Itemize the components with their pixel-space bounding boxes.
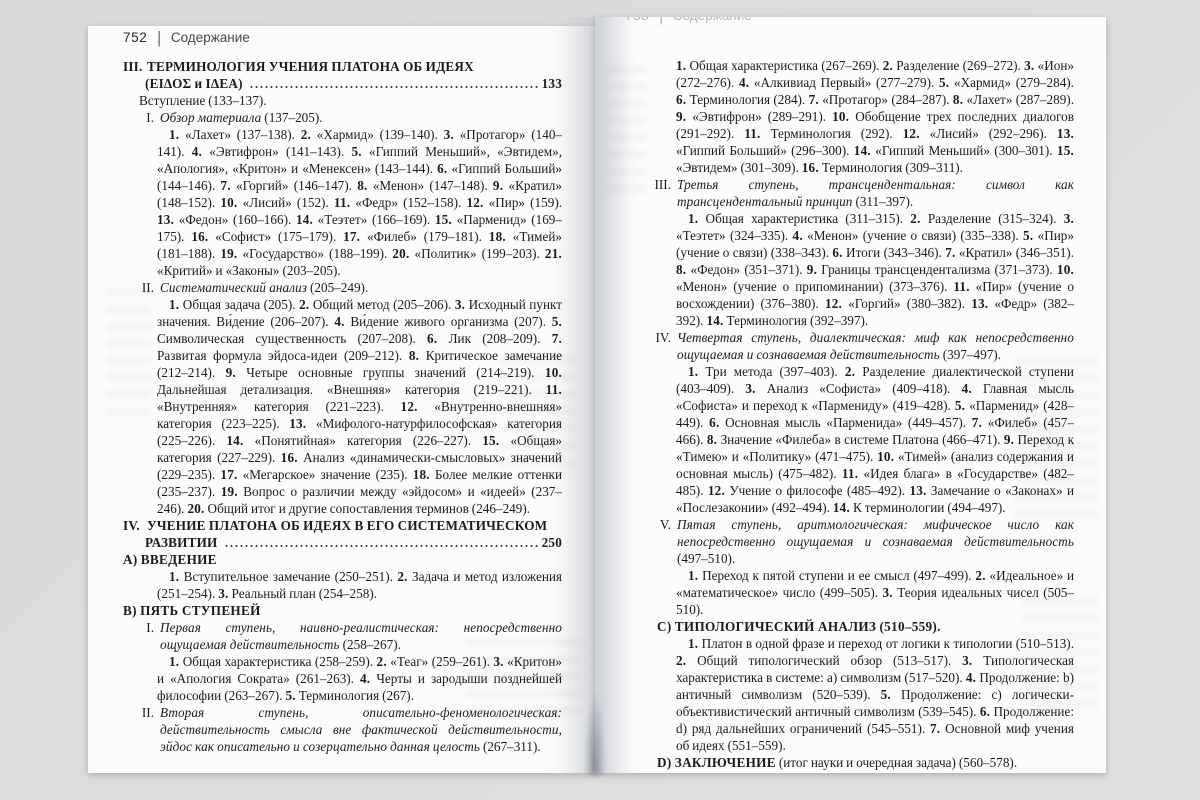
- entry-number: 13.: [289, 416, 306, 431]
- entry-number: 8.: [676, 262, 686, 277]
- bold-heading-text: D) ЗАКЛЮЧЕНИЕ: [657, 755, 776, 770]
- entry-number: 21.: [545, 246, 562, 261]
- italic-section-title: Обзор материала: [160, 110, 261, 125]
- entry-number: 2.: [397, 569, 407, 584]
- entry-number: 1.: [688, 364, 698, 379]
- toc-roman: III.Третья ступень, трансцендентальная: …: [657, 176, 1074, 210]
- entry-number: 9.: [807, 262, 817, 277]
- entry-number: 14.: [296, 212, 313, 227]
- toc-roman: II.Систематический анализ (205–249).: [123, 279, 562, 296]
- entry-number: 9.: [226, 365, 236, 380]
- toc-chapter: III.ТЕРМИНОЛОГИЯ УЧЕНИЯ ПЛАТОНА ОБ ИДЕЯХ: [123, 58, 562, 75]
- italic-section-title: Третья ступень, трансцендентальная: симв…: [677, 177, 1074, 209]
- toc-items: 1. Общая характеристика (311–315). 2. Ра…: [657, 210, 1074, 329]
- entry-number: 11.: [546, 382, 562, 397]
- entry-number: 12.: [903, 126, 920, 141]
- toc-page-number: 250: [542, 534, 562, 551]
- entry-number: 8.: [409, 348, 419, 363]
- entry-number: 3.: [745, 381, 755, 396]
- entry-number: 6.: [980, 704, 990, 719]
- toc-letter: А) ВВЕДЕНИЕ: [123, 551, 562, 568]
- entry-number: 6.: [676, 92, 686, 107]
- entry-number: 8.: [953, 92, 963, 107]
- section-numeral: IV.: [645, 329, 677, 346]
- italic-section-title: Первая ступень, наивно-реалистическая: н…: [160, 620, 562, 652]
- entry-number: 10.: [877, 449, 894, 464]
- toc-roman: IV.Четвертая ступень, диалектическая: ми…: [657, 329, 1074, 363]
- entry-number: 5.: [881, 687, 891, 702]
- entry-number: 18.: [489, 229, 506, 244]
- dot-leader: [224, 545, 538, 547]
- entry-number: 5.: [351, 144, 361, 159]
- entry-number: 6.: [427, 331, 437, 346]
- entry-number: 1.: [169, 297, 179, 312]
- book-page-right: 753 | Содержание 1. Общая характеристика…: [595, 17, 1106, 773]
- entry-number: 1.: [688, 211, 698, 226]
- italic-section-title: Систематический анализ: [160, 280, 307, 295]
- entry-number: 2.: [910, 211, 920, 226]
- entry-number: 2.: [301, 127, 311, 142]
- entry-number: 11.: [744, 126, 760, 141]
- entry-number: 3.: [493, 654, 503, 669]
- entry-number: 5.: [939, 75, 949, 90]
- entry-number: 12.: [466, 195, 483, 210]
- entry-number: 2.: [883, 58, 893, 73]
- entry-number: 2.: [299, 297, 309, 312]
- section-numeral: I.: [128, 619, 160, 636]
- entry-number: 11.: [953, 279, 969, 294]
- toc-items: 1. Вступительное замечание (250–251). 2.…: [123, 568, 562, 602]
- entry-number: 7.: [972, 415, 982, 430]
- toc-chapter-cont: (ΕΙΔΟΣ и ΙΔΕΑ)133: [123, 75, 562, 92]
- italic-section-title: Вторая ступень, описательно-феноменологи…: [160, 705, 562, 754]
- entry-number: 1.: [169, 127, 179, 142]
- entry-number: 1.: [688, 636, 698, 651]
- entry-number: 9.: [1004, 432, 1014, 447]
- italic-section-title: Пятая ступень, аритмологическая: мифичес…: [677, 517, 1074, 549]
- section-numeral: III.: [645, 176, 677, 193]
- entry-number: 16.: [281, 450, 298, 465]
- entry-number: 16.: [191, 229, 208, 244]
- entry-number: 8.: [357, 178, 367, 193]
- entry-number: 3.: [1024, 58, 1034, 73]
- heading-text: (ΕΙΔΟΣ и ΙΔΕΑ): [145, 75, 243, 92]
- entry-number: 2.: [377, 654, 387, 669]
- section-numeral: II.: [128, 279, 160, 296]
- bold-heading-text: В) ПЯТЬ СТУПЕНЕЙ: [123, 603, 261, 618]
- entry-number: 13.: [909, 483, 926, 498]
- running-header-right: 753 | Содержание: [625, 17, 752, 23]
- running-header-left: 752 | Содержание: [123, 30, 250, 45]
- entry-number: 12.: [825, 296, 842, 311]
- entry-number: 4.: [192, 144, 202, 159]
- toc-items: 1. Общая характеристика (267–269). 2. Ра…: [657, 57, 1074, 176]
- entry-number: 4.: [739, 75, 749, 90]
- entry-number: 14.: [854, 143, 871, 158]
- section-numeral: V.: [645, 516, 677, 533]
- entry-number: 2.: [845, 364, 855, 379]
- entry-number: 3.: [218, 586, 228, 601]
- photo-background: 752 | Содержание III.ТЕРМИНОЛОГИЯ УЧЕНИЯ…: [0, 0, 1200, 800]
- entry-number: 4.: [966, 670, 976, 685]
- entry-number: 2.: [975, 568, 985, 583]
- toc-items: 1. Общая характеристика (258–259). 2. «Т…: [123, 653, 562, 704]
- bold-heading-text: C) ТИПОЛОГИЧЕСКИЙ АНАЛИЗ (510–559).: [657, 619, 941, 634]
- entry-number: 1.: [676, 58, 686, 73]
- heading-text: РАЗВИТИИ: [145, 534, 218, 551]
- toc-chapter: IV.УЧЕНИЕ ПЛАТОНА ОБ ИДЕЯХ В ЕГО СИСТЕМА…: [123, 517, 562, 534]
- entry-number: 2.: [676, 653, 686, 668]
- entry-number: 9.: [493, 178, 503, 193]
- entry-number: 18.: [413, 467, 430, 482]
- entry-number: 11.: [842, 466, 858, 481]
- entry-number: 15.: [435, 212, 452, 227]
- section-numeral: II.: [128, 704, 160, 721]
- toc-letter: D) ЗАКЛЮЧЕНИЕ (итог науки и очередная за…: [657, 754, 1074, 771]
- entry-number: 4.: [334, 314, 344, 329]
- page-number: 752: [123, 30, 147, 45]
- entry-number: 15.: [482, 433, 499, 448]
- entry-number: 10.: [1057, 262, 1074, 277]
- header-divider-bar: |: [157, 28, 161, 47]
- entry-number: 6.: [709, 415, 719, 430]
- entry-number: 6.: [437, 161, 447, 176]
- entry-number: 10.: [545, 365, 562, 380]
- header-divider-bar: |: [659, 17, 663, 25]
- header-title: Содержание: [673, 17, 752, 23]
- entry-number: 19.: [220, 246, 237, 261]
- entry-number: 4.: [360, 671, 370, 686]
- toc-content-right: 1. Общая характеристика (267–269). 2. Ра…: [595, 17, 1106, 773]
- page-number: 753: [625, 17, 649, 23]
- entry-number: 1.: [688, 568, 698, 583]
- entry-number: 11.: [334, 195, 350, 210]
- toc-letter: В) ПЯТЬ СТУПЕНЕЙ: [123, 602, 562, 619]
- toc-roman: I.Обзор материала (137–205).: [123, 109, 562, 126]
- entry-number: 17.: [220, 467, 237, 482]
- toc-plain: Вступление (133–137).: [123, 92, 562, 109]
- entry-number: 3.: [444, 127, 454, 142]
- entry-number: 15.: [1057, 143, 1074, 158]
- entry-number: 5.: [285, 688, 295, 703]
- entry-number: 7.: [221, 178, 231, 193]
- entry-number: 4.: [962, 381, 972, 396]
- entry-number: 13.: [1057, 126, 1074, 141]
- entry-number: 5.: [1023, 228, 1033, 243]
- entry-number: 1.: [169, 569, 179, 584]
- italic-section-title: Четвертая ступень, диалектическая: миф к…: [677, 330, 1074, 362]
- entry-number: 9.: [676, 109, 686, 124]
- toc-items: 1. «Лахет» (137–138). 2. «Хармид» (139–1…: [123, 126, 562, 279]
- toc-items: 1. Три метода (397–403). 2. Разделение д…: [657, 363, 1074, 516]
- entry-number: 14.: [706, 313, 723, 328]
- toc-items: 1. Общая задача (205). 2. Общий метод (2…: [123, 296, 562, 517]
- toc-letter: C) ТИПОЛОГИЧЕСКИЙ АНАЛИЗ (510–559).: [657, 618, 1074, 635]
- bold-heading-text: А) ВВЕДЕНИЕ: [123, 552, 217, 567]
- section-numeral: III.: [123, 58, 147, 75]
- entry-number: 17.: [343, 229, 360, 244]
- entry-number: 4.: [793, 228, 803, 243]
- book-page-left: 752 | Содержание III.ТЕРМИНОЛОГИЯ УЧЕНИЯ…: [88, 26, 595, 773]
- entry-number: 16.: [802, 160, 819, 175]
- entry-number: 10.: [832, 109, 849, 124]
- entry-number: 6.: [832, 245, 842, 260]
- header-title: Содержание: [171, 30, 250, 45]
- entry-number: 12.: [401, 399, 418, 414]
- entry-number: 7.: [930, 721, 940, 736]
- toc-page-number: 133: [542, 75, 562, 92]
- section-numeral: IV.: [123, 517, 147, 534]
- entry-number: 3.: [455, 297, 465, 312]
- entry-number: 3.: [962, 653, 972, 668]
- entry-number: 7.: [809, 92, 819, 107]
- toc-roman: I.Первая ступень, наивно-реалистическая:…: [123, 619, 562, 653]
- entry-number: 3.: [882, 585, 892, 600]
- entry-number: 5.: [955, 398, 965, 413]
- dot-leader: [249, 86, 538, 88]
- toc-roman: II.Вторая ступень, описательно-феноменол…: [123, 704, 562, 755]
- toc-chapter-cont: РАЗВИТИИ250: [123, 534, 562, 551]
- entry-number: 19.: [221, 484, 238, 499]
- entry-number: 13.: [971, 296, 988, 311]
- entry-number: 7.: [552, 331, 562, 346]
- entry-number: 10.: [220, 195, 237, 210]
- entry-number: 1.: [169, 654, 179, 669]
- section-numeral: I.: [128, 109, 160, 126]
- entry-number: 7.: [945, 245, 955, 260]
- toc-content-left: III.ТЕРМИНОЛОГИЯ УЧЕНИЯ ПЛАТОНА ОБ ИДЕЯХ…: [88, 26, 595, 773]
- entry-number: 8.: [707, 432, 717, 447]
- entry-number: 13.: [157, 212, 174, 227]
- entry-number: 14.: [833, 500, 850, 515]
- toc-items: 1. Переход к пятой ступени и ее смысл (4…: [657, 567, 1074, 618]
- entry-number: 14.: [226, 433, 243, 448]
- toc-items: 1. Платон в одной фразе и переход от лог…: [657, 635, 1074, 754]
- entry-number: 20.: [187, 501, 204, 516]
- entry-number: 20.: [392, 246, 409, 261]
- entry-number: 12.: [708, 483, 725, 498]
- toc-roman: V.Пятая ступень, аритмологическая: мифич…: [657, 516, 1074, 567]
- entry-number: 5.: [552, 314, 562, 329]
- entry-number: 3.: [1064, 211, 1074, 226]
